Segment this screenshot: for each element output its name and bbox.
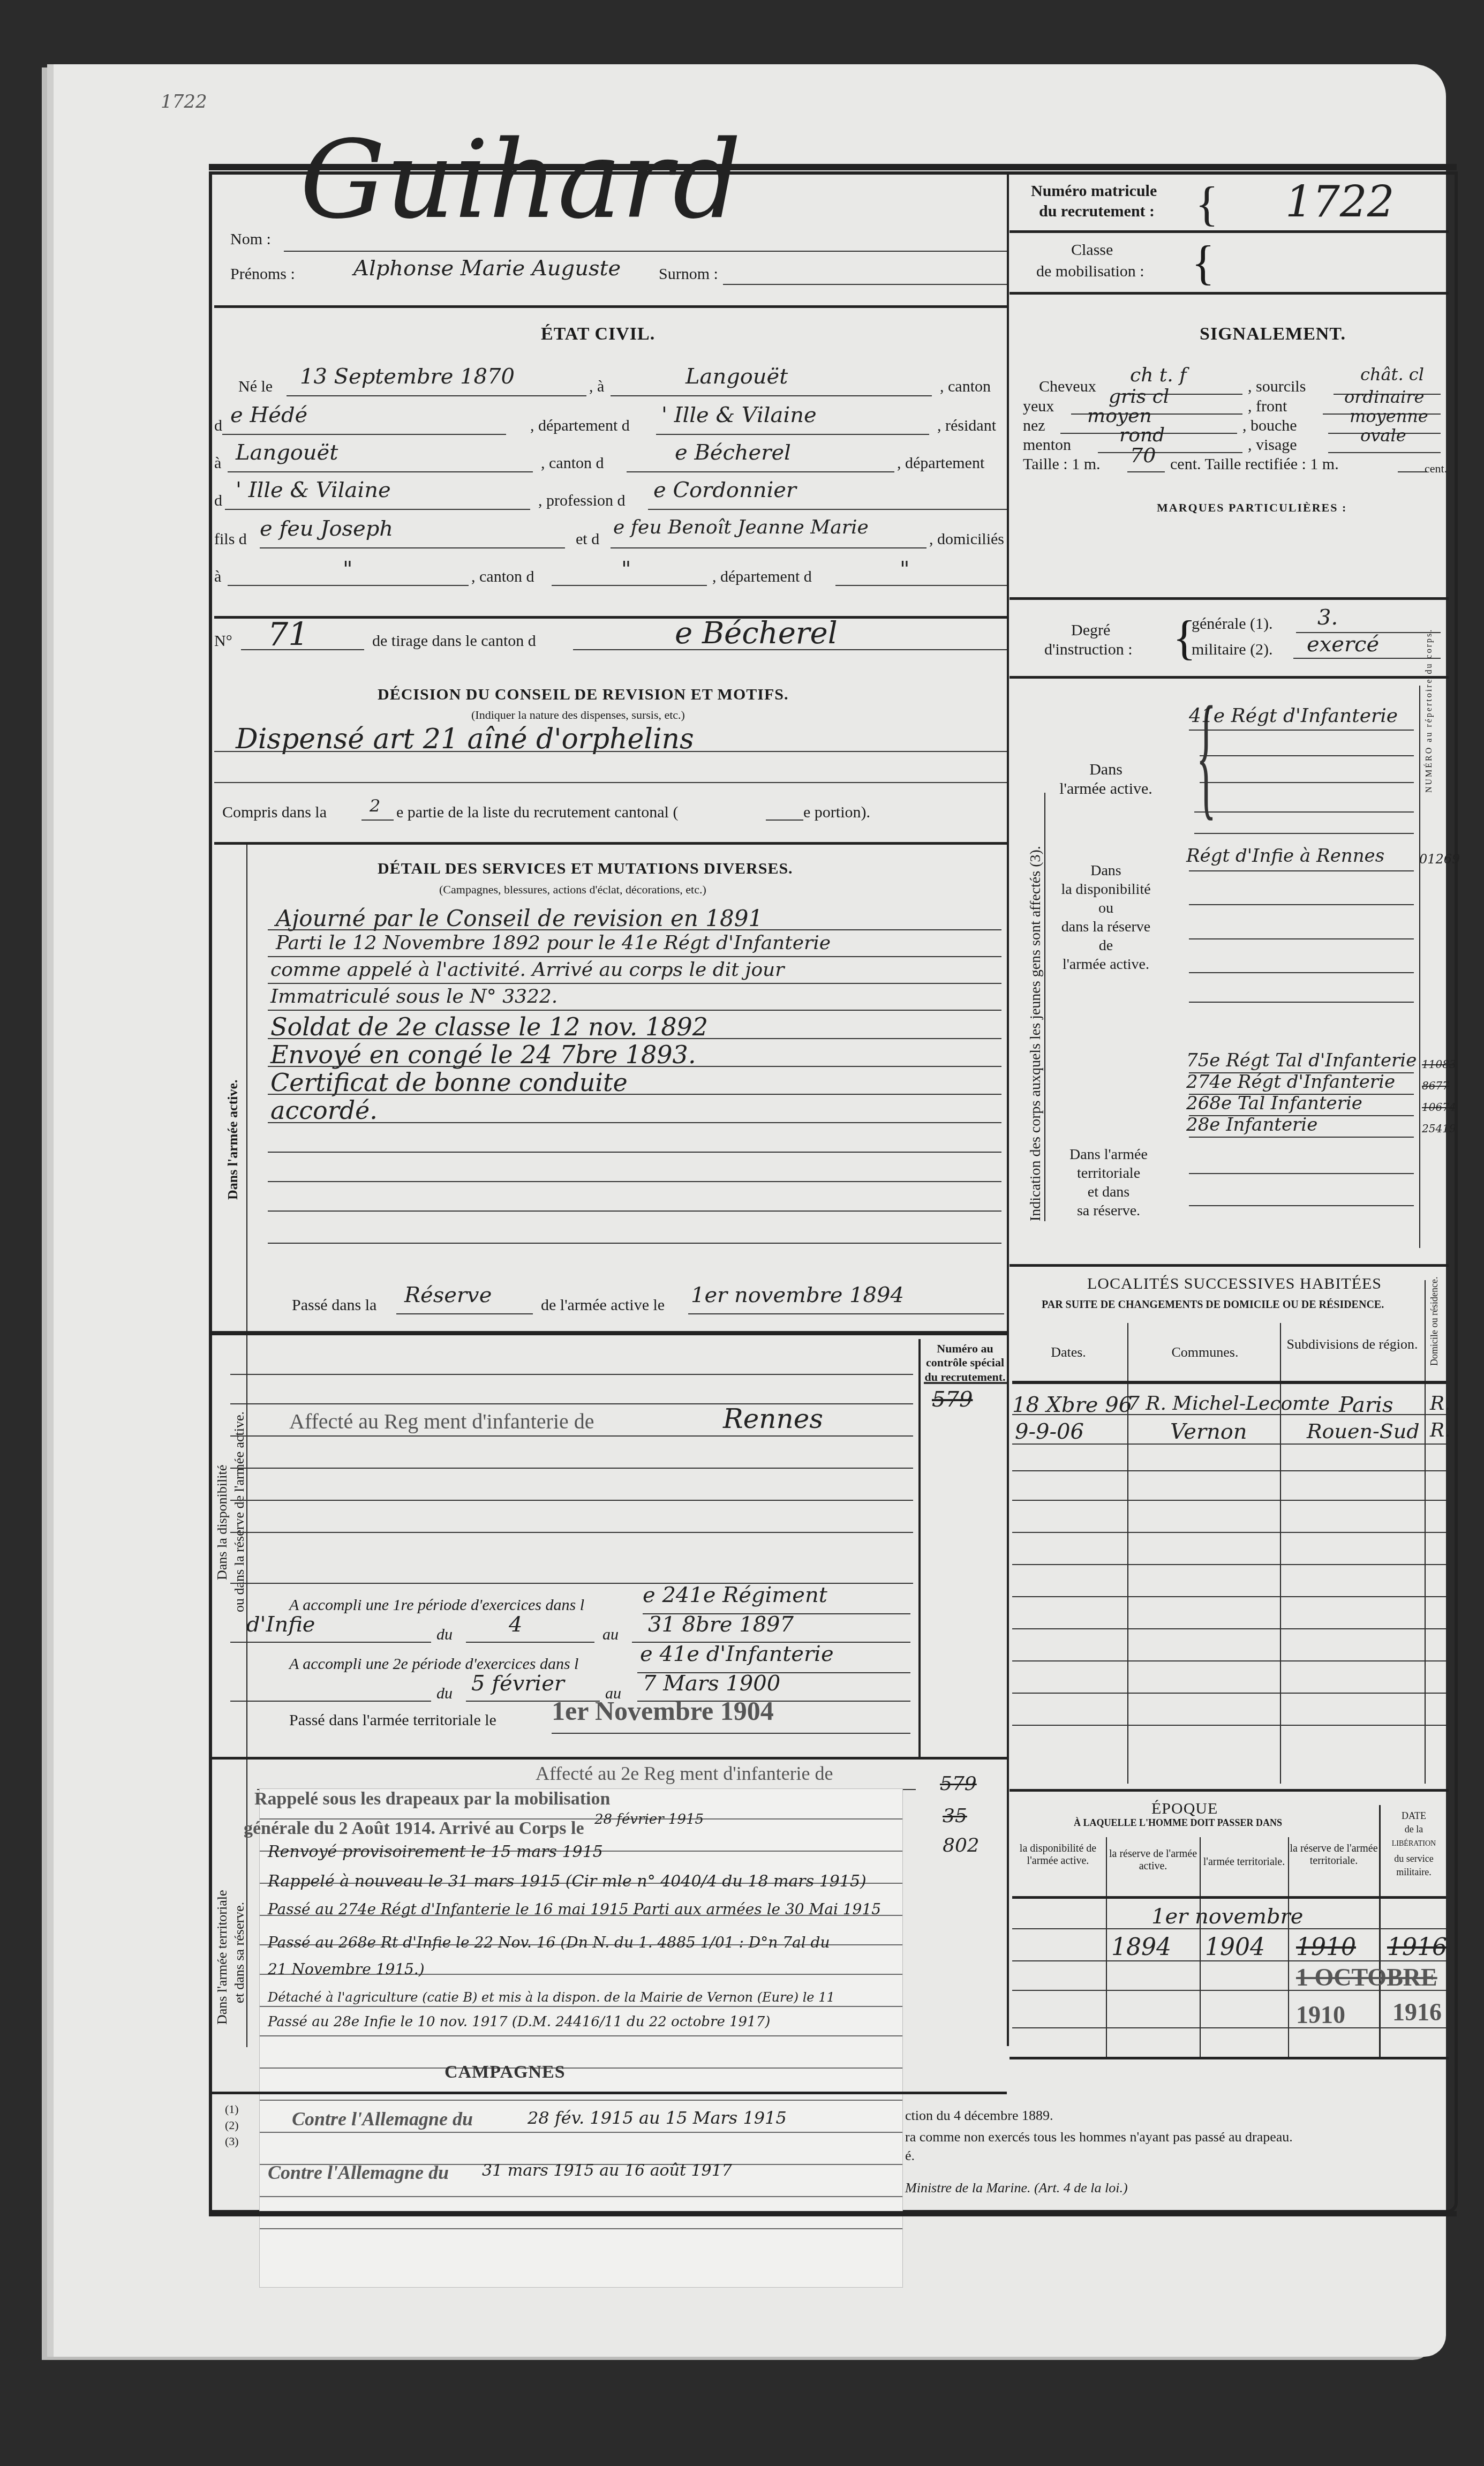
service-rule — [268, 1152, 1001, 1153]
father-value: e feu Joseph — [260, 516, 393, 541]
dispo-corps-number: 01269 — [1419, 852, 1460, 867]
tirage-canton: e Bécherel — [675, 616, 838, 651]
corps-rule — [1010, 1264, 1449, 1267]
visage-value: ovale — [1360, 425, 1406, 446]
birthplace-line — [611, 395, 932, 396]
reserve-rule — [230, 1500, 913, 1501]
reserve-rule — [230, 1532, 913, 1533]
localite-subdivision: Rouen-Sud — [1307, 1419, 1420, 1443]
localites-rule — [1012, 1414, 1446, 1415]
reserve-bottom-rule — [209, 1757, 1007, 1760]
profession-label: , profession d — [538, 492, 625, 510]
prenoms-label: Prénoms : — [230, 265, 295, 283]
numero-controle-label: Numéro au contrôle spécial du recrutemen… — [922, 1342, 1008, 1384]
localites-header-rule — [1012, 1381, 1446, 1384]
date-header: de la — [1382, 1824, 1446, 1835]
corps-line — [1189, 972, 1414, 973]
periode1-du-label: du — [436, 1626, 453, 1644]
localites-subtitle: PAR SUITE DE CHANGEMENTS DE DOMICILE OU … — [1042, 1299, 1384, 1311]
nom-label: Nom : — [230, 230, 271, 249]
service-rule — [268, 1243, 1001, 1244]
terr-corps-entry: 75e Régt Tal d'Infanterie — [1186, 1050, 1417, 1071]
compris-label-1: Compris dans la — [222, 803, 327, 822]
terr-line: Renvoyé provisoirement le 15 mars 1915 — [268, 1843, 603, 1861]
bouche-value: moyenne — [1350, 406, 1428, 426]
compris-label-3: e portion). — [803, 803, 870, 822]
decision-rule — [214, 842, 1007, 845]
corps-numero-divider — [1419, 686, 1420, 1248]
corps-line — [1189, 904, 1414, 905]
service-rule — [268, 1066, 1001, 1067]
canton2-label: , canton d — [541, 454, 604, 472]
dispo-label-line: dans la réserve — [1050, 919, 1162, 936]
classe-label-1: Classe — [1071, 241, 1113, 259]
periode1-value-2: d'Infie — [246, 1612, 315, 1637]
decision-line-1 — [214, 751, 1007, 752]
active-label-2: l'armée active. — [1052, 780, 1159, 798]
margin-note: 1722 — [161, 91, 207, 112]
service-rule — [268, 1010, 1001, 1011]
corps-line — [1200, 782, 1414, 783]
nom-value: Guihard — [300, 118, 741, 243]
corps-line — [1189, 1115, 1414, 1116]
epoque-rule — [1012, 1990, 1446, 1991]
localite-date: 9-9-06 — [1015, 1419, 1084, 1444]
terr-line: Détaché à l'agriculture (catie B) et mis… — [268, 1990, 835, 2005]
numero-repertoire-label: NUMÉRO au répertoire du corps. — [1425, 628, 1434, 793]
localites-title: LOCALITÉS SUCCESSIVES HABITÉES — [1087, 1275, 1382, 1293]
footnote-rule — [209, 2092, 1007, 2094]
campagnes-title: CAMPAGNES — [445, 2062, 566, 2082]
visage-label: , visage — [1248, 436, 1297, 454]
passe-terr-line — [552, 1733, 910, 1734]
matricule-label-2: du recrutement : — [1039, 202, 1155, 221]
compris-value: 2 — [370, 795, 380, 816]
taille-line — [1127, 471, 1165, 472]
a-label: , à — [589, 378, 604, 396]
signalement-title: SIGNALEMENT. — [1200, 324, 1346, 344]
et-de-label: et d — [576, 530, 599, 548]
header-rule — [214, 305, 1007, 308]
canton-label: , canton — [940, 378, 991, 396]
numero-controle-rule — [924, 1382, 1007, 1384]
service-line: Parti le 12 Novembre 1892 pour le 41e Ré… — [276, 932, 831, 954]
service-rule — [268, 1038, 1001, 1039]
date-header: LIBÉRATION — [1382, 1840, 1446, 1848]
corps-line — [1189, 1094, 1414, 1095]
periode2-du: 5 février — [471, 1671, 564, 1696]
periode2-line-2 — [230, 1701, 431, 1702]
campagne-value: 28 fév. 1915 au 15 Mars 1915 — [528, 2108, 787, 2128]
col-territoriale: l'armée territoriale. — [1201, 1856, 1287, 1868]
epoque-rule — [1012, 1928, 1446, 1929]
canton3-value: " — [621, 557, 631, 582]
matricule-value: 1722 — [1285, 177, 1395, 227]
departement2-value: ' Ille & Vilaine — [236, 478, 391, 502]
epoque-month-note: 1er novembre — [1151, 1904, 1303, 1929]
localite-type: R. — [1430, 1419, 1451, 1441]
canton2-value: e Bécherel — [675, 440, 791, 465]
terr-label-line: sa réserve. — [1052, 1202, 1165, 1220]
a3-label: à — [214, 568, 221, 586]
service-line: Ajourné par le Conseil de revision en 18… — [276, 905, 763, 931]
instruction-label-2: d'instruction : — [1044, 641, 1133, 659]
decision-value: Dispensé art 21 aîné d'orphelins — [236, 723, 694, 755]
decision-line-2 — [214, 782, 1007, 783]
canton3-label: , canton d — [471, 568, 534, 586]
terr-label-line: territoriale — [1052, 1165, 1165, 1182]
periode1-label: A accompli une 1re période d'exercices d… — [289, 1596, 584, 1614]
service-line: Envoyé en congé le 24 7bre 1893. — [270, 1040, 696, 1069]
departement3-value: " — [900, 557, 909, 582]
corps-line — [1189, 1072, 1414, 1073]
terr-corps-entry: 268e Tal Infanterie — [1186, 1093, 1362, 1114]
d-label: d — [214, 492, 222, 510]
mother-value: e feu Benoît Jeanne Marie — [613, 516, 869, 538]
periode1-line-2 — [230, 1642, 431, 1643]
terr-line: Passé au 28e Infie le 10 nov. 1917 (D.M.… — [268, 2014, 770, 2030]
corps-line — [1189, 730, 1414, 731]
numero-controle-value: 579 — [932, 1387, 973, 1412]
compris-label-2: e partie de la liste du recrutement cant… — [396, 803, 678, 822]
cheveux-label: Cheveux — [1039, 378, 1096, 396]
epoque-rule — [1012, 1960, 1446, 1961]
reserve-rule — [230, 1468, 913, 1469]
numero-controle-value: 35 — [943, 1805, 967, 1827]
campagne-label: Contre l'Allemagne du — [292, 2108, 473, 2130]
service-rule — [268, 983, 1001, 984]
epoque-col-divider — [1106, 1837, 1107, 2057]
service-line: Immatriculé sous le N° 3322. — [270, 986, 558, 1008]
corps-line — [1194, 833, 1414, 834]
dispo-corps-entry: Régt d'Infie à Rennes — [1186, 845, 1384, 867]
localites-col-divider — [1127, 1323, 1128, 1784]
terr-corps-entry: 274e Régt d'Infanterie — [1186, 1071, 1395, 1093]
epoque-reserve-active: 1894 — [1111, 1934, 1171, 1961]
footnote-marker: (3) — [225, 2134, 239, 2148]
epoque-bottom-rule — [1010, 2057, 1449, 2059]
matricule-label-1: Numéro matricule — [1031, 182, 1157, 200]
dispo-label-line: ou — [1050, 900, 1162, 917]
corps-line — [1189, 1173, 1414, 1174]
localites-rule — [1012, 1564, 1446, 1565]
service-rule — [268, 956, 1001, 957]
col-disponibilite: la disponibilité de l'armée active. — [1011, 1843, 1105, 1867]
service-rule — [268, 1094, 1001, 1095]
dispo-label-line: Dans — [1050, 862, 1162, 879]
epoque-col-divider — [1379, 1805, 1381, 2057]
terr-line: Passé au 274e Régt d'Infanterie le 16 ma… — [268, 1900, 881, 1918]
numero-controle-value: 579 — [940, 1773, 977, 1795]
canton3-line — [552, 585, 707, 586]
ne-le-line — [287, 395, 586, 396]
localite-commune: 7 R. Michel-Lecomte — [1127, 1393, 1330, 1415]
side-active-label: Dans l'armée active. — [225, 1079, 241, 1200]
portion-line — [766, 820, 803, 821]
passe-reserve-date-line — [688, 1313, 1004, 1314]
services-rule — [209, 1331, 1007, 1335]
periode1-du-line — [466, 1642, 594, 1643]
col-dates: Dates. — [1012, 1344, 1125, 1360]
passe-terr-label: Passé dans l'armée territoriale le — [289, 1711, 496, 1730]
col-reserve-active: la réserve de l'armée active. — [1108, 1848, 1199, 1873]
localites-rule — [1012, 1725, 1446, 1726]
footnote-4: Ministre de la Marine. (Art. 4 de la loi… — [905, 2180, 1128, 2196]
profession-line — [648, 509, 1007, 510]
col-subdivisions: Subdivisions de région. — [1283, 1336, 1422, 1352]
epoque-stamp-liberation: 1916 — [1392, 1998, 1442, 2026]
localites-rule — [1012, 1596, 1446, 1597]
canton-value: e Hédé — [230, 403, 307, 427]
ne-le-label: Né le — [238, 378, 273, 396]
domicilies-label: , domiciliés — [929, 530, 1004, 548]
reserve-rule — [230, 1435, 913, 1437]
date-header: du service — [1382, 1853, 1446, 1864]
periode2-au: 7 Mars 1900 — [643, 1671, 780, 1696]
epoque-liberation: 1916 — [1387, 1934, 1447, 1961]
epoque-stamp-reserve-terr: 1910 — [1296, 2001, 1345, 2029]
cent-label: cent. — [1425, 462, 1447, 476]
localites-rule — [1012, 1693, 1446, 1694]
compris-line — [361, 820, 394, 821]
localites-rule — [1012, 1443, 1446, 1445]
front-label: , front — [1248, 397, 1287, 416]
taille-label: Taille : 1 m. — [1023, 455, 1101, 473]
terr-corps-number: 11083 — [1422, 1058, 1456, 1071]
visage-line — [1328, 452, 1441, 453]
terr-label-line: et dans — [1052, 1184, 1165, 1201]
no-label: N° — [214, 632, 232, 650]
bouche-label: , bouche — [1242, 417, 1297, 435]
terr-line: 21 Novembre 1915.) — [268, 1960, 425, 1978]
periode1-value: e 241e Régiment — [643, 1583, 827, 1607]
localites-rule — [1012, 1660, 1446, 1661]
footnote-marker: (1) — [225, 2102, 239, 2116]
instruction-rule — [1010, 676, 1449, 679]
classe-label-2: de mobilisation : — [1036, 262, 1144, 281]
fils-label: fils d — [214, 530, 247, 548]
col-communes: Communes. — [1130, 1344, 1280, 1360]
rappele-stamp-2: générale du 2 Août 1914. Arrivé au Corps… — [244, 1818, 584, 1839]
active-label-1: Dans — [1052, 761, 1159, 779]
cheveux-value: ch t. f — [1130, 364, 1186, 386]
decision-subtitle: (Indiquer la nature des dispenses, sursi… — [471, 708, 685, 722]
corps-line — [1189, 1137, 1414, 1138]
epoque-reserve-territoriale: 1910 — [1296, 1934, 1356, 1961]
epoque-col-divider — [1288, 1837, 1289, 2057]
tirage-label: de tirage dans le canton d — [372, 632, 536, 650]
passe-reserve-value: Réserve — [404, 1283, 492, 1307]
a3-value: " — [343, 557, 352, 582]
campagne-label: Contre l'Allemagne du — [268, 2161, 449, 2184]
dispo-label-line: de — [1050, 937, 1162, 954]
corps-line — [1189, 1205, 1414, 1206]
departement3-line — [835, 585, 1007, 586]
terr-line: Passé au 268e Rt d'Infie le 22 Nov. 16 (… — [268, 1934, 830, 1951]
campagne-value: 31 mars 1915 au 16 août 1917 — [482, 2161, 732, 2180]
classe-rule — [1010, 292, 1449, 295]
localites-rule — [1012, 1628, 1446, 1629]
localites-rule — [1012, 1500, 1446, 1501]
departement-line — [656, 434, 929, 435]
footnote-3: é. — [905, 2148, 915, 2164]
residence-value: Langouët — [236, 440, 338, 465]
residant-label: , résidant — [937, 417, 996, 435]
localites-bottom-rule — [1010, 1789, 1449, 1792]
departement-value: ' Ille & Vilaine — [661, 403, 817, 427]
periode2-du-label: du — [436, 1685, 453, 1703]
periode1-au: 31 8bre 1897 — [648, 1612, 794, 1637]
localites-col-divider — [1280, 1323, 1281, 1784]
reserve-rule — [230, 1374, 913, 1375]
passe-reserve-line — [396, 1313, 533, 1314]
epoque-stamp-month: 1 OCTOBRE — [1296, 1963, 1437, 1991]
a2-label: à — [214, 454, 221, 472]
footnote-2: ra comme non exercés tous les hommes n'a… — [905, 2129, 1293, 2145]
passe-reserve-date: 1er novembre 1894 — [691, 1283, 904, 1307]
passe-terr-value: 1er Novembre 1904 — [552, 1695, 774, 1726]
etat-civil-rule — [214, 616, 1007, 619]
front-value: ordinaire — [1344, 387, 1424, 407]
nom-line — [284, 251, 1007, 252]
date-header: DATE — [1382, 1810, 1446, 1822]
terr-label-line: Dans l'armée — [1052, 1146, 1165, 1163]
col-reserve-territoriale: la réserve de l'armée territoriale. — [1290, 1843, 1378, 1867]
epoque-territoriale: 1904 — [1205, 1934, 1265, 1961]
epoque-subtitle: À LAQUELLE L'HOMME DOIT PASSER DANS — [1074, 1817, 1282, 1829]
epoque-header-rule — [1012, 1896, 1446, 1899]
terr-line: Rappelé à nouveau le 31 mars 1915 (Cir m… — [268, 1872, 867, 1891]
militaire-value: exercé — [1307, 632, 1379, 657]
menton-label: menton — [1023, 436, 1071, 454]
etat-civil-title: ÉTAT CIVIL. — [541, 324, 655, 344]
service-line: comme appelé à l'activité. Arrivé au cor… — [270, 959, 784, 981]
surnom-label: Surnom : — [659, 265, 718, 283]
decision-title: DÉCISION DU CONSEIL DE REVISION ET MOTIF… — [378, 686, 788, 704]
periode1-au-label: au — [602, 1626, 619, 1644]
footnote-marker: (2) — [225, 2118, 239, 2132]
epoque-col-divider — [1200, 1837, 1201, 2057]
tirage-number: 71 — [268, 616, 308, 653]
profession-value: e Cordonnier — [653, 478, 796, 502]
active-corps-entry: 41e Régt d'Infanterie — [1189, 705, 1398, 727]
mother-line — [611, 547, 926, 548]
service-rule — [268, 1181, 1001, 1182]
affecte-value: Rennes — [723, 1403, 823, 1434]
bottom-rule — [209, 2211, 1457, 2216]
service-rule — [268, 1122, 1001, 1123]
menton-value: rond — [1119, 424, 1165, 446]
taille-value: 70 — [1130, 443, 1156, 467]
service-rule — [268, 1211, 1001, 1212]
departement2-label: , département — [897, 454, 984, 472]
corps-line — [1189, 1002, 1414, 1003]
localite-type: R. — [1430, 1393, 1451, 1415]
arrive-value: 28 février 1915 — [594, 1811, 704, 1828]
birthplace: Langouët — [685, 364, 788, 389]
numero-controle-divider — [918, 1339, 921, 1757]
col-domicile: Domicile ou résidence. — [1429, 1277, 1440, 1366]
corps-side-divider — [1044, 793, 1045, 1221]
service-rule — [268, 929, 1001, 930]
terr-corps-entry: 28e Infanterie — [1186, 1114, 1317, 1136]
corps-line — [1194, 811, 1414, 813]
footnote-1: ction du 4 décembre 1889. — [905, 2108, 1053, 2124]
yeux-label: yeux — [1023, 397, 1054, 416]
terr-corps-number: 8677 — [1422, 1079, 1449, 1092]
menton-line — [1098, 452, 1242, 453]
surnom-line — [723, 284, 1007, 285]
terr-side-label-1: Dans l'armée territoriale — [214, 1890, 230, 2025]
matricule-rule — [1010, 230, 1449, 233]
services-subtitle: (Campagnes, blessures, actions d'éclat, … — [439, 883, 706, 897]
signalement-rule — [1010, 597, 1449, 600]
departement-label: , département d — [530, 417, 630, 435]
rappele-stamp-1: Rappelé sous les drapeaux par la mobilis… — [254, 1789, 610, 1809]
nez-label: nez — [1023, 417, 1045, 435]
passe-reserve-label-1: Passé dans la — [292, 1296, 376, 1314]
periode2-value: e 41e d'Infanterie — [640, 1642, 834, 1666]
corps-line — [1189, 938, 1414, 939]
periode1-du: 4 — [509, 1612, 522, 1637]
marques-label: MARQUES PARTICULIÈRES : — [1157, 501, 1347, 515]
canton-prefix: d — [214, 417, 222, 435]
canton2-line — [627, 471, 894, 472]
periode2-label: A accompli une 2e période d'exercices da… — [289, 1655, 578, 1673]
service-line: Soldat de 2e classe le 12 nov. 1892 — [270, 1012, 708, 1041]
departement2-line — [225, 509, 530, 510]
epoque-title: ÉPOQUE — [1151, 1800, 1218, 1818]
militaire-line — [1293, 658, 1441, 659]
sourcils-value: chât. cl — [1360, 364, 1424, 385]
column-divider — [1007, 171, 1009, 2046]
passe-reserve-label-2: de l'armée active le — [541, 1296, 665, 1314]
departement3-label: , département d — [712, 568, 812, 586]
terr-affecte-stamp: Affecté au 2e Reg ment d'infanterie de — [536, 1762, 833, 1785]
dispo-label-line: l'armée active. — [1050, 956, 1162, 973]
sourcils-label: , sourcils — [1248, 378, 1306, 396]
terr-side-label-2: et dans sa réserve. — [231, 1902, 247, 2003]
father-line — [260, 547, 565, 548]
dispo-label-line: la disponibilité — [1050, 881, 1162, 898]
parents-residence-line — [228, 585, 469, 586]
taille-rect-line — [1398, 471, 1427, 472]
numero-controle-value: 802 — [943, 1835, 980, 1856]
terr-corps-number: 25419 — [1422, 1122, 1456, 1135]
service-line: Certificat de bonne conduite — [270, 1068, 628, 1097]
corps-side-label: Indication des corps auxquels les jeunes… — [1027, 846, 1044, 1221]
residence-line — [228, 471, 533, 472]
localites-rule — [1012, 1470, 1446, 1471]
reserve-side-label-1: Dans la disponibilité — [214, 1465, 230, 1580]
generale-value: 3. — [1317, 605, 1338, 630]
localites-rule — [1012, 1532, 1446, 1533]
generale-label: générale (1). — [1192, 615, 1273, 633]
prenoms-value: Alphonse Marie Auguste — [353, 256, 621, 281]
militaire-label: militaire (2). — [1192, 641, 1273, 659]
terr-corps-number: 10674 — [1422, 1101, 1456, 1114]
services-title: DÉTAIL DES SERVICES ET MUTATIONS DIVERSE… — [378, 860, 793, 878]
service-line: accordé. — [270, 1096, 378, 1125]
reserve-side-label-2: ou dans la réserve de l'armée active. — [231, 1411, 247, 1612]
affecte-stamp: Affecté au Reg ment d'infanterie de — [289, 1409, 594, 1434]
corps-line — [1189, 870, 1414, 871]
localite-commune: Vernon — [1170, 1419, 1247, 1444]
corps-line — [1200, 755, 1414, 756]
birth-date: 13 Septembre 1870 — [300, 364, 515, 389]
date-header: militaire. — [1382, 1867, 1446, 1878]
yeux-value: gris cl — [1109, 386, 1169, 408]
